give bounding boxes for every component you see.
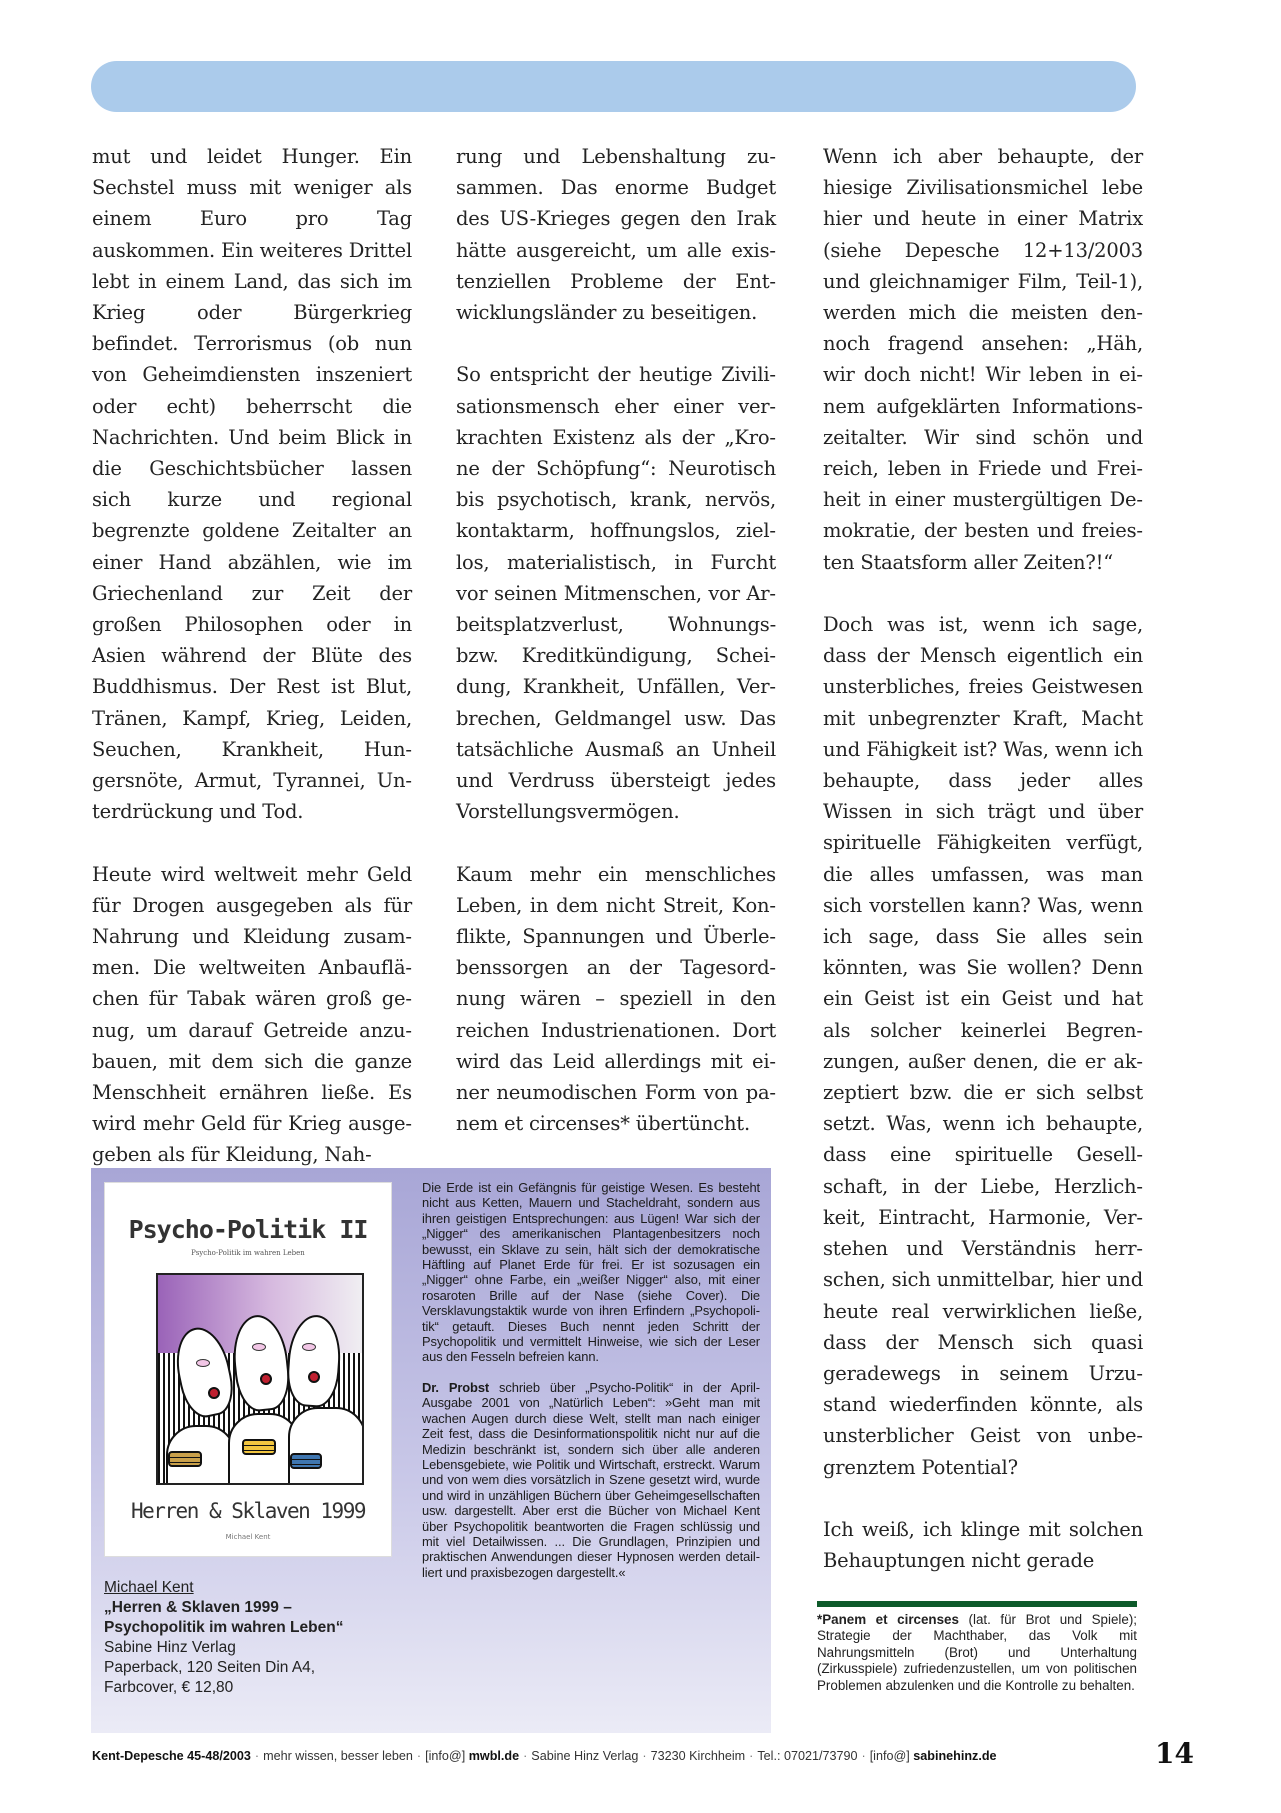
paragraph: rung und Lebenshaltung zu­sammen. Das en… (456, 141, 776, 328)
separator: · (861, 1749, 865, 1763)
article-column-1: mut und leidet Hunger. Ein Sechstel muss… (92, 141, 412, 1171)
footer-publisher: Sabine Hinz Verlag (531, 1749, 638, 1763)
book-format: Paperback, 120 Seiten Din A4, (104, 1658, 404, 1678)
book-advertisement: Psycho-Politik II Psycho-Politik im wahr… (91, 1168, 771, 1733)
footer-email-prefix: [info@] (425, 1749, 465, 1763)
footer-publication: Kent-Depesche 45-48/2003 (92, 1749, 251, 1763)
footer-link-mwbl[interactable]: mwbl.de (469, 1749, 519, 1763)
cover-subtitle: Psycho-Politik im wahren Leben (105, 1249, 391, 1257)
footer-slogan: mehr wissen, besser leben (263, 1749, 413, 1763)
paragraph: Ich weiß, ich klinge mit solchen Behaupt… (823, 1514, 1143, 1576)
review-author: Dr. Probst (422, 1380, 489, 1395)
footnote: *Panem et circenses (lat. für Brot und S… (817, 1612, 1137, 1694)
book-author-link[interactable]: Michael Kent (104, 1578, 404, 1598)
figure-body-icon (288, 1407, 364, 1485)
separator: · (749, 1749, 753, 1763)
bracelet-blue-icon (290, 1453, 322, 1469)
bracelet-gold-icon (168, 1451, 202, 1467)
footer-email-prefix: [info@] (870, 1749, 910, 1763)
separator: · (255, 1749, 259, 1763)
book-publisher: Sabine Hinz Verlag (104, 1638, 404, 1658)
separator: · (642, 1749, 646, 1763)
review-text: schrieb über „Psycho-Politik“ in der Apr… (422, 1380, 760, 1580)
mouth-icon (260, 1373, 272, 1385)
book-title-line-1: „Herren & Sklaven 1999 – (104, 1598, 404, 1618)
mouth-icon (208, 1387, 220, 1399)
footer-link-sabinehinz[interactable]: sabinehinz.de (913, 1749, 996, 1763)
paragraph: Doch was ist, wenn ich sage, dass der Me… (823, 609, 1143, 1483)
footnote-term: *Panem et circenses (817, 1612, 959, 1627)
footnote-divider (817, 1601, 1137, 1607)
book-review-paragraph: Dr. Probst schrieb über „Psycho-Politik“… (422, 1380, 760, 1580)
mouth-icon (308, 1371, 320, 1383)
paragraph: mut und leidet Hunger. Ein Sechstel muss… (92, 141, 412, 827)
footer-city: 73230 Kirchheim (651, 1749, 746, 1763)
paragraph: So entspricht der heutige Zivili­sations… (456, 359, 776, 827)
separator: · (523, 1749, 527, 1763)
book-title-line-2: Psychopolitik im wahren Leben“ (104, 1618, 404, 1638)
book-description-paragraph: Die Erde ist ein Gefängnis für geistige … (422, 1180, 760, 1365)
separator: · (417, 1749, 421, 1763)
page-footer: Kent-Depesche 45-48/2003·mehr wissen, be… (92, 1749, 1137, 1763)
paragraph: Heute wird weltweit mehr Geld für Drogen… (92, 859, 412, 1171)
paragraph: Wenn ich aber behaupte, der hie­sige Ziv… (823, 141, 1143, 578)
book-price: Farbcover, € 12,80 (104, 1678, 404, 1698)
cover-title: Psycho-Politik II (105, 1215, 391, 1244)
pink-glasses-icon (196, 1359, 210, 1367)
article-column-2: rung und Lebenshaltung zu­sammen. Das en… (456, 141, 776, 1139)
pink-glasses-icon (252, 1343, 266, 1351)
book-description: Die Erde ist ein Gefängnis für geistige … (422, 1180, 760, 1595)
book-info: Michael Kent „Herren & Sklaven 1999 – Ps… (104, 1578, 404, 1698)
page-number: 14 (1155, 1737, 1194, 1770)
header-decoration-bar (91, 61, 1136, 112)
bracelet-yellow-icon (242, 1439, 276, 1455)
paragraph: Kaum mehr ein menschliches Leben, in dem… (456, 859, 776, 1140)
book-cover-image: Psycho-Politik II Psycho-Politik im wahr… (104, 1182, 392, 1557)
cover-illustration (156, 1273, 364, 1485)
footer-phone: Tel.: 07021/73790 (757, 1749, 857, 1763)
pink-glasses-icon (302, 1343, 316, 1351)
article-column-3: Wenn ich aber behaupte, der hie­sige Ziv… (823, 141, 1143, 1576)
cover-bottom-title: Herren & Sklaven 1999 (105, 1499, 391, 1523)
cover-author: Michael Kent (105, 1533, 391, 1541)
